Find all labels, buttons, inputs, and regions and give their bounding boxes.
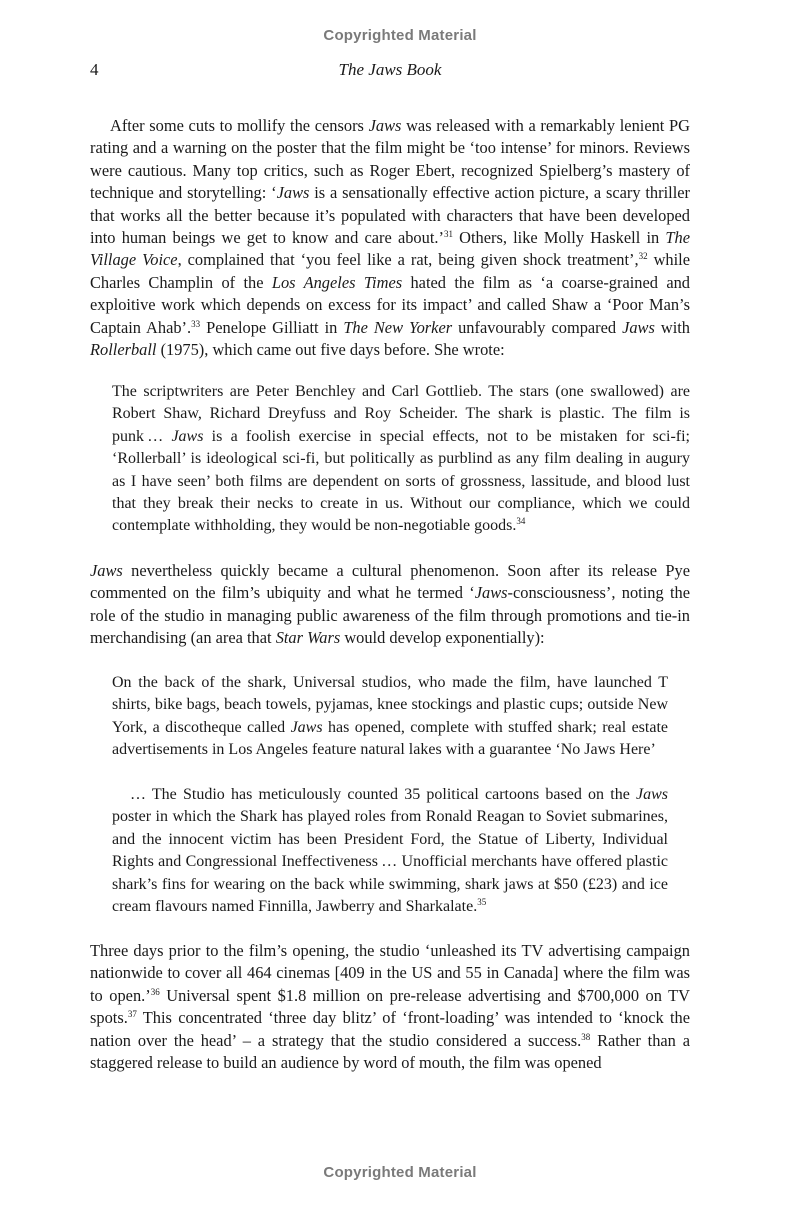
italic-title: Jaws <box>171 428 203 445</box>
italic-title: The Village Voice <box>90 228 690 269</box>
italic-title: Jaws <box>90 561 123 580</box>
footnote-ref: 38 <box>581 1032 590 1042</box>
paragraph-1: After some cuts to mollify the censors J… <box>90 115 690 361</box>
paragraph-3: Three days prior to the film’s opening, … <box>90 940 690 1074</box>
italic-title: The New Yorker <box>343 318 452 337</box>
block-quote-pye-1: On the back of the shark, Universal stud… <box>112 672 668 762</box>
footnote-ref: 34 <box>516 516 525 526</box>
italic-title: Jaws <box>369 116 402 135</box>
running-head: 4 The Jaws Book <box>90 60 690 82</box>
paragraph-text: After some cuts to mollify the censors J… <box>90 115 690 361</box>
footnote-ref: 32 <box>639 251 648 261</box>
footnote-ref: 31 <box>444 229 453 239</box>
italic-title: Jaws <box>475 583 508 602</box>
book-title: The Jaws Book <box>90 60 690 80</box>
italic-title: Jaws <box>636 786 668 803</box>
block-quote-gilliatt: The scriptwriters are Peter Benchley and… <box>112 381 690 538</box>
quote-text: … The Studio has meticulously counted 35… <box>112 784 668 918</box>
footnote-ref: 35 <box>477 897 486 907</box>
italic-title: Jaws <box>291 719 323 736</box>
copyright-watermark-top: Copyrighted Material <box>0 27 800 44</box>
footnote-ref: 36 <box>151 987 160 997</box>
paragraph-text: Jaws nevertheless quickly became a cultu… <box>90 560 690 650</box>
quote-text: On the back of the shark, Universal stud… <box>112 672 668 762</box>
quote-text: The scriptwriters are Peter Benchley and… <box>112 381 690 538</box>
italic-title: Los Angeles Times <box>272 273 402 292</box>
italic-title: Star Wars <box>276 628 341 647</box>
footnote-ref: 33 <box>191 319 200 329</box>
italic-title: Jaws <box>277 183 310 202</box>
paragraph-text: Three days prior to the film’s opening, … <box>90 940 690 1074</box>
block-quote-pye-2: … The Studio has meticulously counted 35… <box>112 784 668 918</box>
italic-title: Rollerball <box>90 340 156 359</box>
paragraph-2: Jaws nevertheless quickly became a cultu… <box>90 560 690 650</box>
italic-title: Jaws <box>622 318 655 337</box>
copyright-watermark-bottom: Copyrighted Material <box>0 1164 800 1181</box>
footnote-ref: 37 <box>128 1009 137 1019</box>
